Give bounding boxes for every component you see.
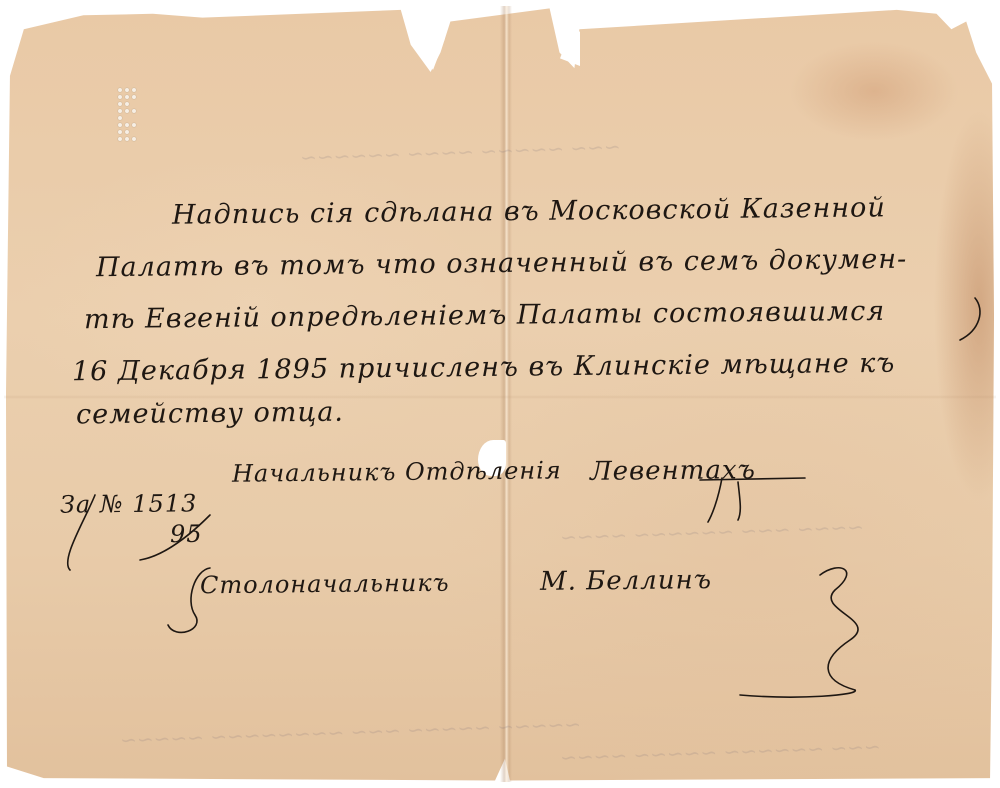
signature-title-clerk: Столоначальникъ (200, 569, 450, 600)
signature-department-head: Левентахъ (590, 455, 756, 487)
perforation-stamp-icon (118, 88, 140, 152)
signature-clerk: М. Беллинъ (540, 565, 712, 597)
document-scan: ~~~ ~~~~~ ~~~~ ~~~~~~ ~~~~ ~~~ ~~~~~~ ~~… (0, 0, 1000, 788)
vertical-fold-crease (500, 6, 512, 782)
registry-number: За № 1513 (60, 489, 198, 518)
signature-title-department-head: Начальникъ Отдѣленія (232, 456, 562, 487)
body-line-5: семейству отца. (76, 397, 344, 431)
registry-year: 95 (170, 520, 203, 548)
